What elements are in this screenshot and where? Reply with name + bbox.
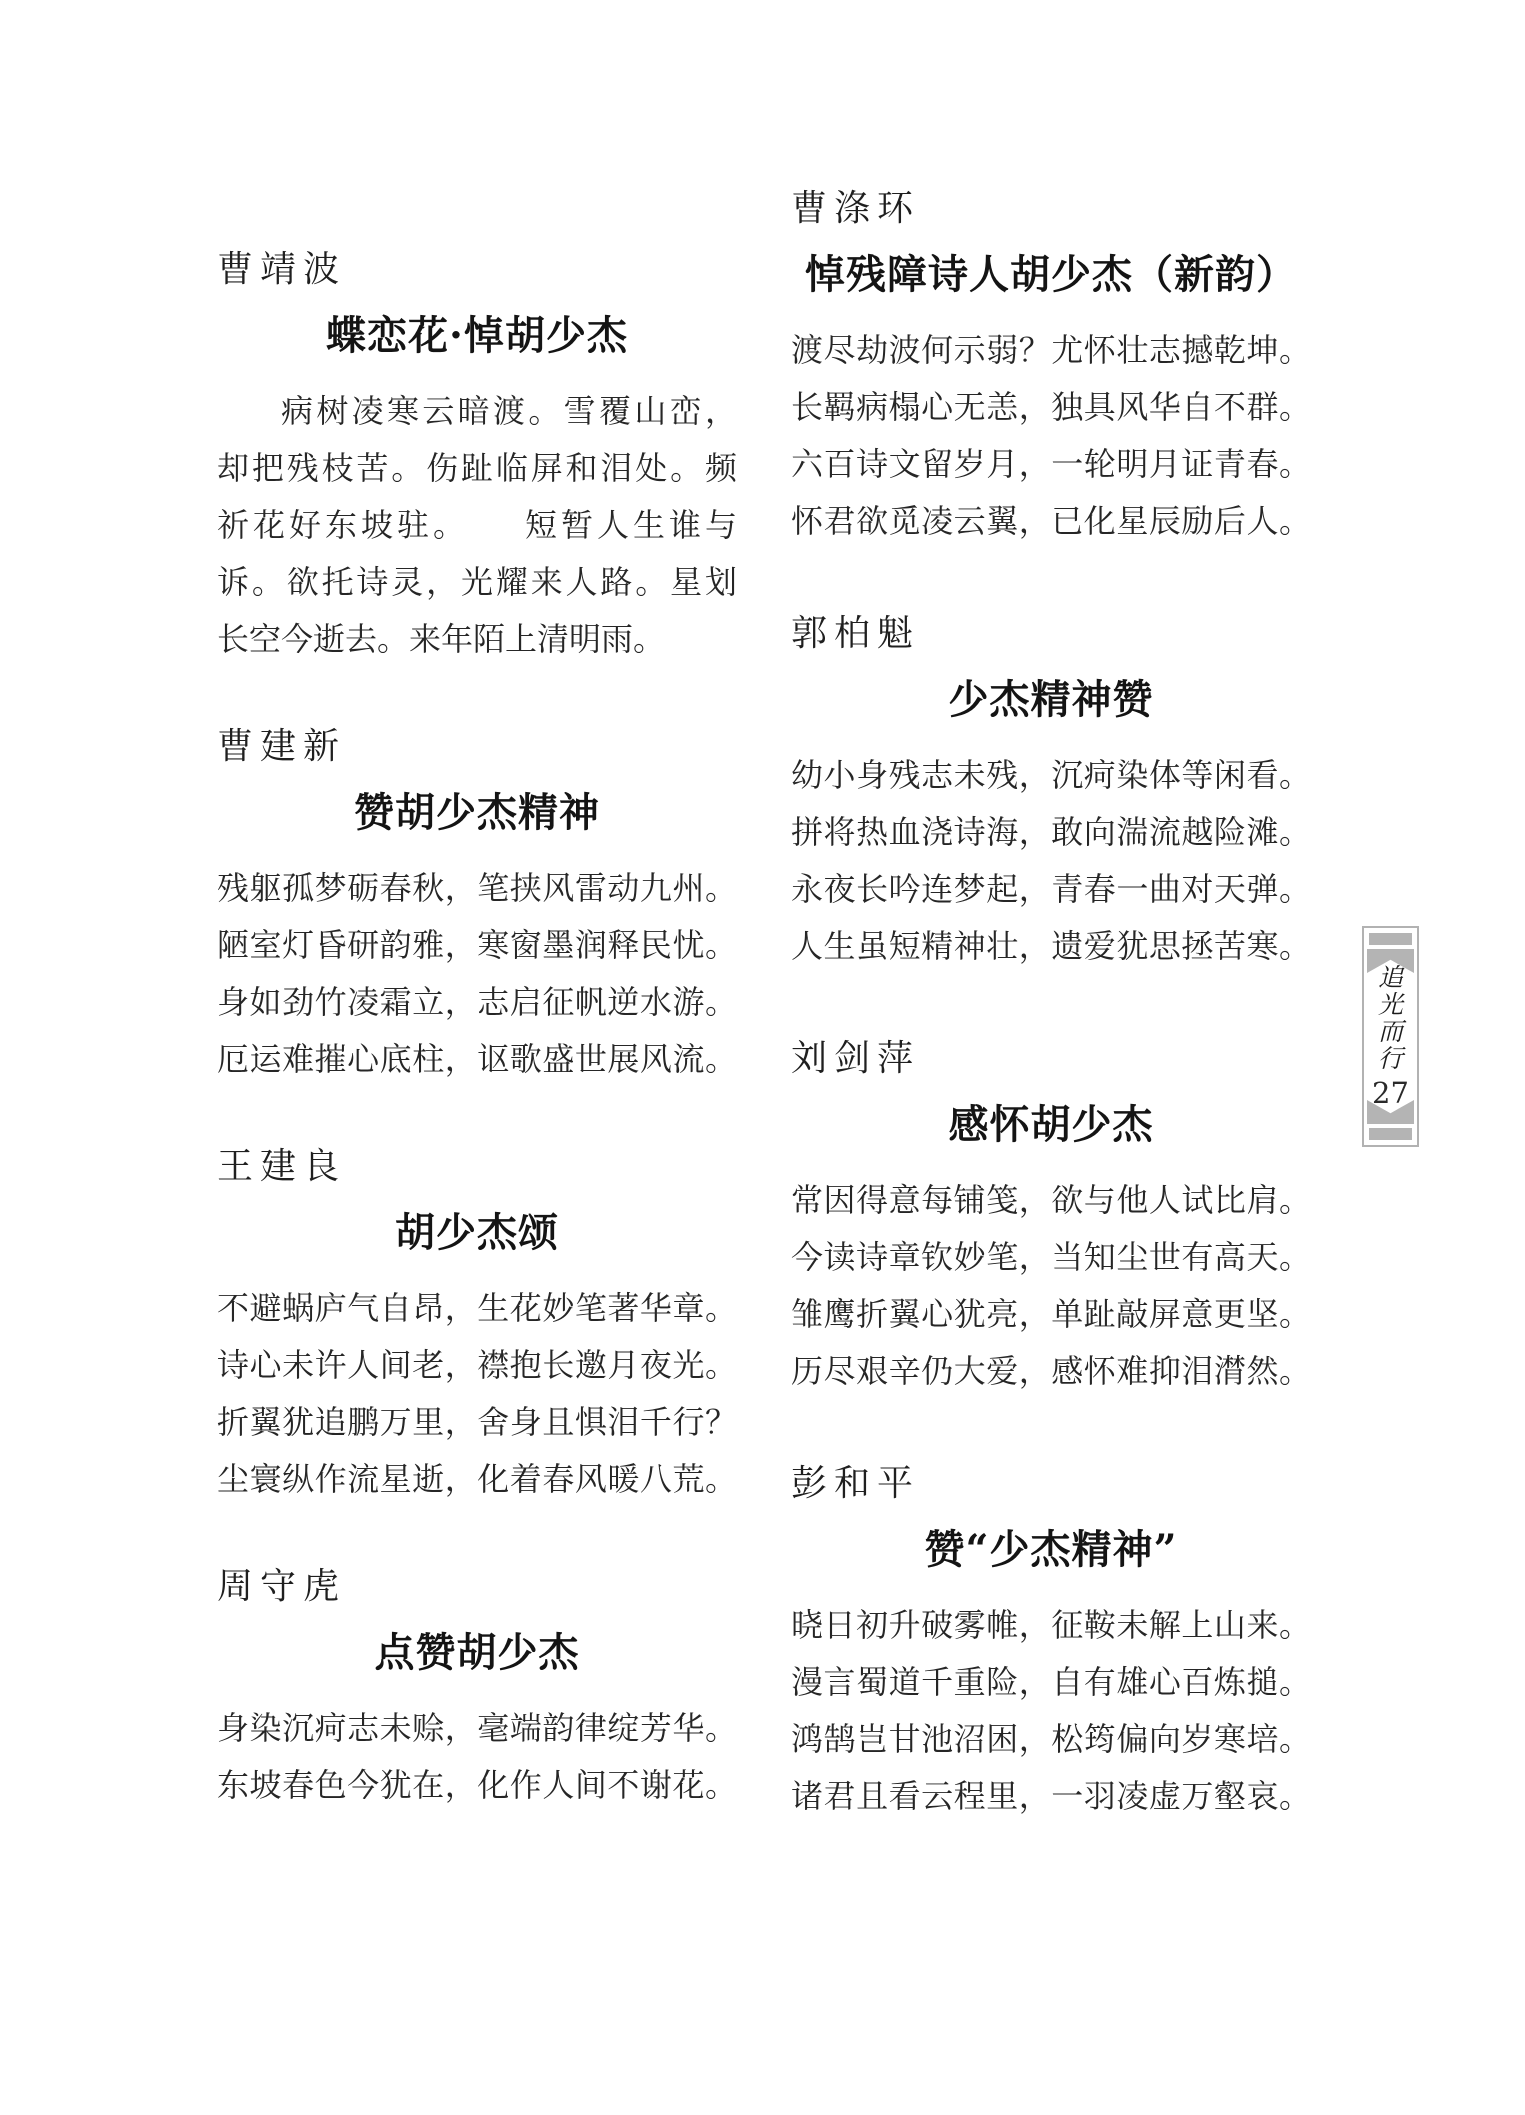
poem-author: 彭和平 (791, 1461, 1311, 1507)
poem-line: 身染沉疴志未赊，毫端韵律绽芳华。 (217, 1700, 737, 1757)
poem-title: 点赞胡少杰 (217, 1626, 737, 1680)
poem-line: 尘寰纵作流星逝，化着春风暖八荒。 (217, 1451, 737, 1508)
poem-body: 不避蜗庐气自昂，生花妙笔著华章。诗心未许人间老，襟抱长邀月夜光。折翼犹追鹏万里，… (217, 1280, 737, 1508)
poem-line: 残躯孤梦砺春秋，笔挟风雷动九州。 (217, 860, 737, 917)
poem-line: 身如劲竹凌霜立，志启征帆逆水游。 (217, 974, 737, 1031)
poem-title: 悼残障诗人胡少杰（新韵） (791, 248, 1311, 302)
poem-line: 祈花好东坡驻。 短暂人生谁与 (217, 497, 737, 554)
poem-author: 刘剑萍 (791, 1036, 1311, 1082)
poem: 王建良 胡少杰颂 不避蜗庐气自昂，生花妙笔著华章。诗心未许人间老，襟抱长邀月夜光… (217, 1144, 737, 1508)
poem-body: 身染沉疴志未赊，毫端韵律绽芳华。东坡春色今犹在，化作人间不谢花。 (217, 1700, 737, 1814)
bookmark-label-area: 追光而行27 (1364, 973, 1417, 1100)
page-edge-bookmark: 追光而行27 (1362, 926, 1419, 1147)
poem-title: 胡少杰颂 (217, 1206, 737, 1260)
poem-line: 拼将热血浇诗海，敢向湍流越险滩。 (791, 804, 1311, 861)
poem-line: 却把残枝苦。伤趾临屏和泪处。频 (217, 440, 737, 497)
poem-line: 怀君欲觅凌云翼，已化星辰励后人。 (791, 493, 1311, 550)
bookmark-top-bar-icon (1369, 933, 1412, 945)
poem-line: 鸿鹄岂甘池沼困，松筠偏向岁寒培。 (791, 1711, 1311, 1768)
poem: 曹靖波 蝶恋花·悼胡少杰 病树凌寒云暗渡。雪覆山峦，却把残枝苦。伤趾临屏和泪处。… (217, 247, 737, 668)
page-number: 27 (1372, 1078, 1409, 1108)
poem-line: 常因得意每铺笺，欲与他人试比肩。 (791, 1172, 1311, 1229)
poem-line: 历尽艰辛仍大爱，感怀难抑泪潸然。 (791, 1343, 1311, 1400)
poem-title: 赞“少杰精神” (791, 1523, 1311, 1577)
poem: 曹涤环 悼残障诗人胡少杰（新韵） 渡尽劫波何示弱？尤怀壮志撼乾坤。长羁病榻心无恙… (791, 186, 1311, 550)
poem-author: 曹建新 (217, 724, 737, 770)
poem-line: 长空今逝去。来年陌上清明雨。 (217, 611, 737, 668)
poem: 彭和平 赞“少杰精神” 晓日初升破雾帷，征鞍未解上山来。漫言蜀道千重险，自有雄心… (791, 1461, 1311, 1825)
poem-line: 幼小身残志未残，沉疴染体等闲看。 (791, 747, 1311, 804)
poem-line: 诗心未许人间老，襟抱长邀月夜光。 (217, 1337, 737, 1394)
poem-line: 渡尽劫波何示弱？尤怀壮志撼乾坤。 (791, 322, 1311, 379)
poem-body: 常因得意每铺笺，欲与他人试比肩。今读诗章钦妙笔，当知尘世有高天。雏鹰折翼心犹亮，… (791, 1172, 1311, 1400)
poem-author: 曹靖波 (217, 247, 737, 293)
poem-title: 蝶恋花·悼胡少杰 (217, 309, 737, 363)
poem: 曹建新 赞胡少杰精神 残躯孤梦砺春秋，笔挟风雷动九州。陋室灯昏研韵雅，寒窗墨润释… (217, 724, 737, 1088)
poem-line: 长羁病榻心无恙，独具风华自不群。 (791, 379, 1311, 436)
poem-author: 周守虎 (217, 1564, 737, 1610)
bookmark-bottom-bar-icon (1369, 1128, 1412, 1140)
poem-author: 郭柏魁 (791, 611, 1311, 657)
poem-body: 渡尽劫波何示弱？尤怀壮志撼乾坤。长羁病榻心无恙，独具风华自不群。六百诗文留岁月，… (791, 322, 1311, 550)
poem-line: 今读诗章钦妙笔，当知尘世有高天。 (791, 1229, 1311, 1286)
poem-line: 诉。欲托诗灵，光耀来人路。星划 (217, 554, 737, 611)
poem-line: 病树凌寒云暗渡。雪覆山峦， (217, 383, 737, 440)
poem-body: 残躯孤梦砺春秋，笔挟风雷动九州。陋室灯昏研韵雅，寒窗墨润释民忧。身如劲竹凌霜立，… (217, 860, 737, 1088)
bookmark-vertical-title-char: 追 (1378, 965, 1403, 991)
poem-author: 王建良 (217, 1144, 737, 1190)
poems-column-right: 曹涤环 悼残障诗人胡少杰（新韵） 渡尽劫波何示弱？尤怀壮志撼乾坤。长羁病榻心无恙… (791, 186, 1311, 1886)
poem-line: 漫言蜀道千重险，自有雄心百炼搥。 (791, 1654, 1311, 1711)
poems-column-left: 曹靖波 蝶恋花·悼胡少杰 病树凌寒云暗渡。雪覆山峦，却把残枝苦。伤趾临屏和泪处。… (217, 247, 737, 1870)
poem-line: 陋室灯昏研韵雅，寒窗墨润释民忧。 (217, 917, 737, 974)
poem-line: 厄运难摧心底柱，讴歌盛世展风流。 (217, 1031, 737, 1088)
poem-line: 折翼犹追鹏万里，舍身且惧泪千行？ (217, 1394, 737, 1451)
poem-author: 曹涤环 (791, 186, 1311, 232)
poem-title: 赞胡少杰精神 (217, 786, 737, 840)
poem-line: 晓日初升破雾帷，征鞍未解上山来。 (791, 1597, 1311, 1654)
poem-title: 少杰精神赞 (791, 673, 1311, 727)
poem-line: 诸君且看云程里，一羽凌虚万壑哀。 (791, 1768, 1311, 1825)
bookmark-vertical-title-char: 光 (1378, 992, 1403, 1018)
bookmark-vertical-title-char: 行 (1378, 1046, 1403, 1072)
poem-line: 人生虽短精神壮，遗爱犹思拯苦寒。 (791, 918, 1311, 975)
poem-line: 不避蜗庐气自昂，生花妙笔著华章。 (217, 1280, 737, 1337)
poem-line: 雏鹰折翼心犹亮，单趾敲屏意更坚。 (791, 1286, 1311, 1343)
poem-line: 东坡春色今犹在，化作人间不谢花。 (217, 1757, 737, 1814)
poem-body: 病树凌寒云暗渡。雪覆山峦，却把残枝苦。伤趾临屏和泪处。频祈花好东坡驻。 短暂人生… (217, 383, 737, 668)
poem-body: 晓日初升破雾帷，征鞍未解上山来。漫言蜀道千重险，自有雄心百炼搥。鸿鹄岂甘池沼困，… (791, 1597, 1311, 1825)
poem-body: 幼小身残志未残，沉疴染体等闲看。拼将热血浇诗海，敢向湍流越险滩。永夜长吟连梦起，… (791, 747, 1311, 975)
poem-line: 永夜长吟连梦起，青春一曲对天弹。 (791, 861, 1311, 918)
poem-line: 六百诗文留岁月，一轮明月证青春。 (791, 436, 1311, 493)
poem: 郭柏魁 少杰精神赞 幼小身残志未残，沉疴染体等闲看。拼将热血浇诗海，敢向湍流越险… (791, 611, 1311, 975)
poem-title: 感怀胡少杰 (791, 1098, 1311, 1152)
poem: 刘剑萍 感怀胡少杰 常因得意每铺笺，欲与他人试比肩。今读诗章钦妙笔，当知尘世有高… (791, 1036, 1311, 1400)
bookmark-vertical-title-char: 而 (1378, 1019, 1403, 1045)
book-page: 曹靖波 蝶恋花·悼胡少杰 病树凌寒云暗渡。雪覆山峦，却把残枝苦。伤趾临屏和泪处。… (0, 0, 1525, 2115)
poem: 周守虎 点赞胡少杰 身染沉疴志未赊，毫端韵律绽芳华。东坡春色今犹在，化作人间不谢… (217, 1564, 737, 1814)
